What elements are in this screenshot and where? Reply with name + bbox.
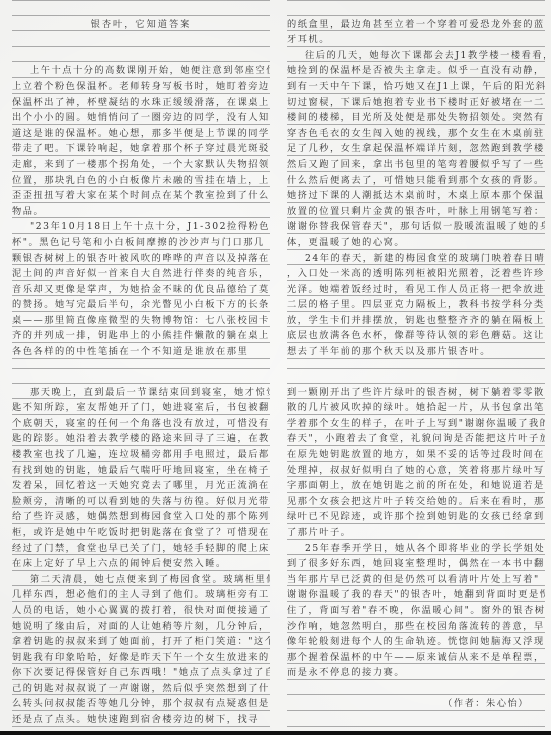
text-line: 谢谢你替我保管春天"，那句话似一股暖流温暖了她的身 [287, 218, 545, 234]
text-line: 春天"，小跑着去了食堂，礼貌问询是否能把这片叶子放 [287, 430, 545, 446]
blank-ruled-line [287, 0, 545, 16]
text-line: 各色各样的的中性笔插在一个不知道是谁放在那里 [12, 343, 270, 359]
text-line: 颗银杏树树上的银杏叶被风吹的哗哗的声音以及掉落在 [12, 250, 270, 266]
blank-ruled-line [12, 0, 270, 16]
text-line: 她挤过下课的人潮抵达木桌前时，木桌上原本那个保温杯 [287, 187, 545, 203]
text-line: 发着呆，回忆着这一天她究竟去了哪里，月光正流淌在她 [12, 477, 270, 493]
scan-bottom-edge [0, 731, 551, 735]
text-line: 己的钥匙对叔叔说了一声谢谢，然后似乎突然想到了什 [12, 680, 270, 696]
text-line: 桌——那里简直像座微型的失物博物馆：七八张校园卡整 [12, 312, 270, 328]
text-line: 了那片叶子。 [287, 524, 545, 540]
text-line: 放，学生卡们并排摆放，钥匙也整整齐齐的躺在隔板上，最 [287, 312, 545, 328]
page-bottom-right: 到一颗刚开出了些许片绿叶的银杏树，树下躺着零零散散的几片被风吹掉的绿叶。她拾起一… [287, 368, 545, 730]
text-line: 的纸盒里，最边角甚至立着一个穿着可爱恐龙外套的蓝 [287, 16, 545, 32]
text-line: 光泽。她端着饭经过时，看见工作人员正将一把伞放进第 [287, 281, 545, 297]
text-line: 匙的踪影。她沿着去教学楼的路途来回寻了三遍，在教学 [12, 430, 270, 446]
page-top-left: 银杏叶，它知道答案上午十点十分的高数课刚开始，她便注意到邻座空位上立着个粉色保温… [12, 0, 270, 362]
text-line: 学着那个女生的样子，在叶子上写到"谢谢你温暖了我的 [287, 415, 545, 431]
text-line: 而是永不停息的接力赛。 [287, 664, 545, 680]
blank-ruled-line [287, 368, 545, 384]
text-line: 位置，那块乳白色的小白板像片未融的雪挂在墙上，上面 [12, 172, 270, 188]
text-line: 的赞扬。她写完最后半句，余光瞥见小白板下方的长条木 [12, 296, 270, 312]
text-line: 么转头问叔叔能否等她几分钟，那个叔叔有点疑惑但是 [12, 695, 270, 711]
text-line: ，入口处一米高的透明陈列柜被阳光照着，泛着些许珍珠 [287, 265, 545, 281]
blank-ruled-line [287, 359, 545, 362]
text-line: 保温杯出了神，杯壁凝结的水珠正缓缓滑落，在课桌上洇 [12, 94, 270, 110]
text-line: 上立着个粉色保温杯。老师转身写板书时，她盯着旁边的 [12, 78, 270, 94]
page-top-right: 的纸盒里，最边角甚至立着一个穿着可爱恐龙外套的蓝牙耳机。往后的几天，她每次下课都… [287, 0, 545, 362]
text-line: 她捡到的保温杯是否被失主拿走。似乎一直没有动静，直 [287, 62, 545, 78]
text-line: 像年轮般刻进每个人的生命轨迹。恍惚间她脑海又浮现出 [287, 633, 545, 649]
text-line: 个底朝天，寝室的任何一个角落也没有放过，可惜没有钥 [12, 415, 270, 431]
blank-ruled-line [12, 359, 270, 362]
text-line: 到有一天中午下课，恰巧她又在J1上课，午后的阳光斜斜 [287, 78, 545, 94]
blank-ruled-line [287, 680, 545, 696]
text-line: 泥土间的声音好似一首来自大自然进行伴奏的纯音乐，像 [12, 265, 270, 281]
text-line: 杯"。黑色记号笔和小白板间摩擦的沙沙声与门口那几 [12, 234, 270, 250]
text-line: 住了，背面写着"春不晚，你温暖心间"。窗外的银杏树沙 [287, 602, 545, 618]
blank-ruled-line [12, 368, 270, 384]
essay-title: 银杏叶，它知道答案 [12, 16, 270, 32]
paragraph-start-line: 那天晚上，直到最后一节课结束回到寝室，她才惊觉钥 [12, 384, 270, 400]
text-line: 脸颊旁，清晰的可以看到她的失落与彷徨。好似月光带 [12, 493, 270, 509]
paragraph-start-line: 第二天清晨，她七点便来到了梅园食堂。玻璃柜里似乎 [12, 571, 270, 587]
blank-ruled-line [287, 711, 545, 727]
text-line: 什么然后便离去了，可惜她只能看到那个女孩的背影。等 [287, 172, 545, 188]
text-line: 齐的并列成一排，钥匙串上的小熊挂件懒散的躺在桌上， [12, 327, 270, 343]
text-line: 切过窗棂，下课后她抱着专业书下楼时正好被堵在一二 [287, 94, 545, 110]
text-line: 穿杏色毛衣的女生闯入她的视线，那个女生在木桌前驻 [287, 125, 545, 141]
text-line: 楼间的楼梯，目光所及处便是那处失物招领处。突然有个 [287, 109, 545, 125]
text-line: 柜，或许是她中午吃饭时把钥匙落在食堂了？可惜现在已 [12, 524, 270, 540]
text-line: 几样东西，想必他们的主人寻到了他们。玻璃柜旁有工作 [12, 586, 270, 602]
text-line: 散的几片被风吹掉的绿叶。她拾起一片，从书包拿出笔， [287, 399, 545, 415]
text-line: 歪歪扭扭写着大家在某个时间点在某个教室捡到了什么 [12, 187, 270, 203]
text-line: 见那个女孩会把这片叶子转交给她的。后来在看时，那片 [287, 493, 545, 509]
paragraph-start-line: 24年的春天，新建的梅园食堂的玻璃门映着春日晴空 [287, 250, 545, 266]
paragraph-start-line: 往后的几天，她每次下课都会去J1教学楼一楼看看， [287, 47, 545, 63]
text-line: 有找到她的钥匙，她最后气喘吁吁地回寝室，坐在椅子上 [12, 462, 270, 478]
text-line: 走廊，来到了一楼那个拐角处，一个大家默认失物招领的 [12, 156, 270, 172]
paragraph-start-line: 25年春季开学日，她从各个即将毕业的学长学姐处淘 [287, 540, 545, 556]
text-line: 出个小小的圆。她悄悄问了一圈旁边的同学，没有人知 [12, 109, 270, 125]
text-line: 匙不知所踪，室友帮她开了门，她进寝室后，书包被翻了 [12, 399, 270, 415]
text-line: 底层也放满各色水杯，像群等待认领的彩色蘑菇。这让她 [287, 327, 545, 343]
text-line: 经过了门禁，食堂也早已关了门，她轻手轻脚的爬上床，在 [12, 540, 270, 556]
text-line: 沙作响，她忽然明白，那些在校园角落流转的善意，早就 [287, 618, 545, 634]
author-credit: （作者：朱心怡） [287, 695, 545, 711]
text-line: 想去了半年前的那个秋天以及那片银杏叶。 [287, 343, 545, 359]
text-line: 还是点了点头。她快速跑到宿舍楼旁边的树下，找寻 [12, 711, 270, 727]
text-line: 在原先她钥匙放置的地方，如果不妥的话等过段时间在 [287, 446, 545, 462]
text-line: 楼教室也找了几遍，连垃圾桶旁都用手电照过，最后都没 [12, 446, 270, 462]
text-line: 当年那片早已泛黄的但是仍然可以看清叶片处上写着" [287, 571, 545, 587]
blank-ruled-line [12, 31, 270, 47]
text-line: 人员的电话，她小心翼翼的拨打着，很快对面便接通了， [12, 602, 270, 618]
text-line: 体，更温暖了她的心窝。 [287, 234, 545, 250]
text-line: 音乐却又更像是掌声，为她拾金不昧的优良品德给了莫大 [12, 281, 270, 297]
text-line: 二层的格子里。四层亚克力隔板上，教科书按学科分类码 [287, 296, 545, 312]
text-line: 处理掉，叔叔好似明白了她的心意，笑着将那片绿叶写了 [287, 462, 545, 478]
blank-ruled-line [12, 47, 270, 63]
text-line: 绿叶已不见踪迹，或许那个捡到她钥匙的女孩已经拿到 [287, 508, 545, 524]
text-line: 谢谢你温暖了我的春天"的银杏叶，她翻到背面时更是愣 [287, 586, 545, 602]
text-line: 她说明了缘由后，对面的人让她稍等片刻，几分钟后，一个 [12, 618, 270, 634]
paragraph-start-line: "23年10月18日上午十点十分，J1-302捡得粉色保温 [12, 218, 270, 234]
text-line: 然后又跑了回来，拿出书包里的笔弯着腰似乎写了一些 [287, 156, 545, 172]
text-line: 你下次要记得保管好自己东西哦！"她点了点头拿过了自 [12, 664, 270, 680]
text-line: 放置的位置只剩片金黄的银杏叶，叶脉上用钢笔写着：" [287, 203, 545, 219]
blank-ruled-line [287, 727, 545, 730]
text-line: 到了很多好东西，她回寝室整理时，偶然在一本书中翻到 [287, 555, 545, 571]
text-line: 到一颗刚开出了些许片绿叶的银杏树，树下躺着零零散 [287, 384, 545, 400]
text-line: 拿着钥匙的叔叔来到了她面前，打开了柜门笑道："这个 [12, 633, 270, 649]
page-bottom-left: 那天晚上，直到最后一节课结束回到寝室，她才惊觉钥匙不知所踪，室友帮她开了门，她进… [12, 368, 270, 730]
text-line: 物品。 [12, 203, 270, 219]
text-line: 字那面朝上，放在她钥匙之前的所在处，和她说道若是遇 [287, 477, 545, 493]
text-line: 带走了吧。下课铃响起，她拿着那个杯子穿过晨光斑驳的 [12, 140, 270, 156]
scanned-essay-sheet: 银杏叶，它知道答案上午十点十分的高数课刚开始，她便注意到邻座空位上立着个粉色保温… [0, 0, 551, 735]
text-line: 在床上定好了早上六点的闹钟后便安然入睡。 [12, 555, 270, 571]
text-line: 足了几秒，女生拿起保温杯端详片刻，忽然跑到教学楼外 [287, 140, 545, 156]
text-line: 那个握着保温杯的中午——原来诚信从来不是单程票， [287, 649, 545, 665]
text-line: 牙耳机。 [287, 31, 545, 47]
text-line: 道这是谁的保温杯。她心想，那多半便是上节课的同学忘 [12, 125, 270, 141]
text-line: 钥匙我有印象哈哈，好像是昨天下午一个女生放进来的， [12, 649, 270, 665]
text-line: 给了些许灵感，她偶然想到梅园食堂入口处的那个陈列 [12, 508, 270, 524]
blank-ruled-line [12, 727, 270, 730]
paragraph-start-line: 上午十点十分的高数课刚开始，她便注意到邻座空位 [12, 62, 270, 78]
